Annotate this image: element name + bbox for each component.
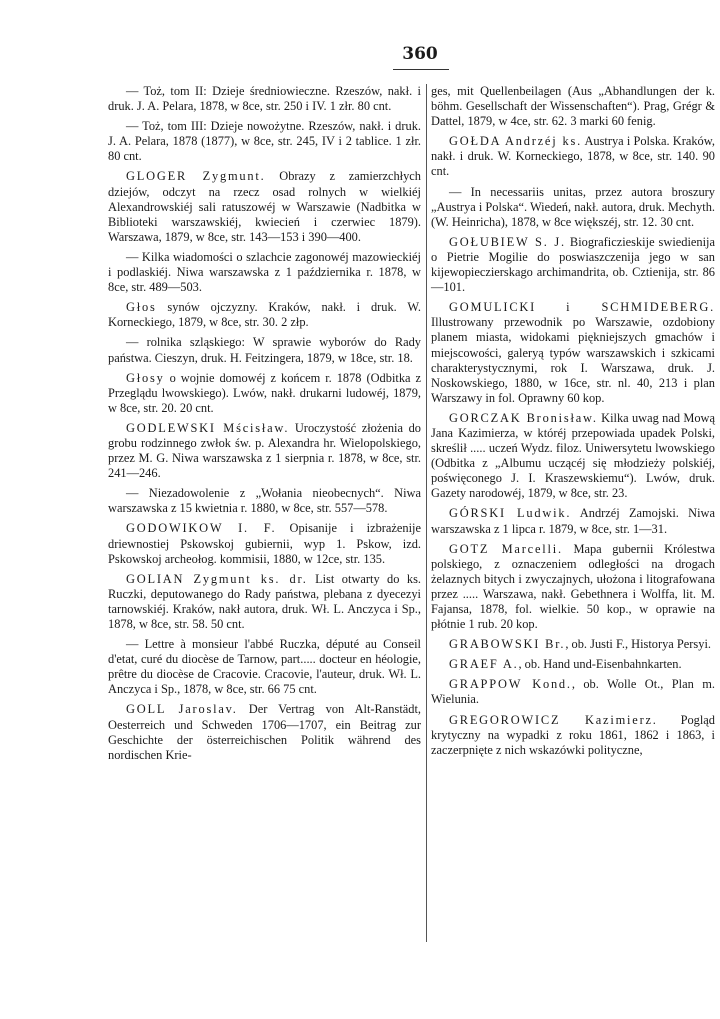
bibliography-entry: GORCZAK Bronisław. Kilka uwag nad Mową J…: [431, 411, 715, 502]
entry-author: GOMULICKI i SCHMIDEBERG.: [449, 300, 715, 314]
entry-author: Głos: [126, 300, 157, 314]
column-divider: [426, 84, 427, 942]
entry-text: — In necessariis unitas, przez autora br…: [431, 185, 715, 229]
bibliography-entry: GOTZ Marcelli. Mapa gubernii Królestwa p…: [431, 542, 715, 633]
entry-text: — rolnika szląskiego: W sprawie wyborów …: [108, 335, 421, 364]
bibliography-entry: GODOWIKOW I. F. Opisanije i izbrażenije …: [108, 521, 421, 566]
entry-text: — Toż, tom II: Dzieje średniowieczne. Rz…: [108, 84, 421, 113]
entry-text: , ob. Hand und-Eisenbahnkarten.: [518, 657, 681, 671]
entry-author: GOŁUBIEW S. J.: [449, 235, 566, 249]
bibliography-entry: GREGOROWICZ Kazimierz. Pogląd krytyczny …: [431, 713, 715, 758]
entry-author: Głosy: [126, 371, 165, 385]
bibliography-entry: Głosy o wojnie domowéj z końcem r. 1878 …: [108, 371, 421, 416]
bibliography-entry: — Kilka wiadomości o szlachcie zagonowéj…: [108, 250, 421, 295]
entry-text: Illustrowany przewodnik po Warszawie, oz…: [431, 315, 715, 404]
bibliography-entry: — Niezadowolenie z „Wołania nieobecnych“…: [108, 486, 421, 516]
bibliography-entry: GOLIAN Zygmunt ks. dr. List otwarty do k…: [108, 572, 421, 632]
entry-author: GOŁDA Andrzéj ks.: [449, 134, 582, 148]
entry-author: GODLEWSKI Mścisław.: [126, 421, 289, 435]
bibliography-entry: GODLEWSKI Mścisław. Uroczystość złożenia…: [108, 421, 421, 481]
entry-author: GRABOWSKI Br.: [449, 637, 565, 651]
bibliography-entry: GRABOWSKI Br., ob. Justi F., Historya Pe…: [431, 637, 715, 652]
entry-author: GREGOROWICZ Kazimierz.: [449, 713, 658, 727]
entry-author: GORCZAK Bronisław.: [449, 411, 598, 425]
bibliography-entry: GRAEF A., ob. Hand und-Eisenbahnkarten.: [431, 657, 715, 672]
entry-text: — Toż, tom III: Dzieje nowożytne. Rzeszó…: [108, 119, 421, 163]
entry-author: GOLL Jaroslav.: [126, 702, 238, 716]
entry-author: GÓRSKI Ludwik.: [449, 506, 571, 520]
entry-text: ges, mit Quellenbeilagen (Aus „Abhandlun…: [431, 84, 715, 128]
bibliography-entry: Głos synów ojczyzny. Kraków, nakł. i dru…: [108, 300, 421, 330]
entry-author: GRAEF A.: [449, 657, 518, 671]
page-number: 360: [380, 44, 460, 64]
bibliography-entry: GRAPPOW Kond., ob. Wolle Ot., Plan m. Wi…: [431, 677, 715, 707]
entry-author: GRAPPOW Kond.: [449, 677, 572, 691]
entry-text: — Kilka wiadomości o szlachcie zagonowéj…: [108, 250, 421, 294]
right-column: ges, mit Quellenbeilagen (Aus „Abhandlun…: [431, 84, 715, 763]
bibliography-entry: GOMULICKI i SCHMIDEBERG. Illustrowany pr…: [431, 300, 715, 406]
bibliography-entry: — rolnika szląskiego: W sprawie wyborów …: [108, 335, 421, 365]
entry-author: GOTZ Marcelli.: [449, 542, 563, 556]
bibliography-entry: GÓRSKI Ludwik. Andrzéj Zamojski. Niwa wa…: [431, 506, 715, 536]
bibliography-entry: — Toż, tom II: Dzieje średniowieczne. Rz…: [108, 84, 421, 114]
bibliography-entry: GLOGER Zygmunt. Obrazy z zamierzchłych d…: [108, 169, 421, 244]
bibliography-entry: — In necessariis unitas, przez autora br…: [431, 185, 715, 230]
entry-author: GODOWIKOW I. F.: [126, 521, 276, 535]
bibliography-entry: GOLL Jaroslav. Der Vertrag von Alt-Ranst…: [108, 702, 421, 762]
entry-text: , ob. Justi F., Historya Persyi.: [565, 637, 711, 651]
bibliography-entry: ges, mit Quellenbeilagen (Aus „Abhandlun…: [431, 84, 715, 129]
entry-text: — Lettre à monsieur l'abbé Ruczka, déput…: [108, 637, 421, 696]
page-number-rule: [393, 69, 449, 70]
bibliography-entry: — Lettre à monsieur l'abbé Ruczka, déput…: [108, 637, 421, 697]
entry-author: GOLIAN Zygmunt ks. dr.: [126, 572, 308, 586]
bibliography-entry: GOŁUBIEW S. J. Biograficzieskije swiedie…: [431, 235, 715, 295]
bibliography-entry: — Toż, tom III: Dzieje nowożytne. Rzeszó…: [108, 119, 421, 164]
left-column: — Toż, tom II: Dzieje średniowieczne. Rz…: [108, 84, 421, 768]
entry-text: — Niezadowolenie z „Wołania nieobecnych“…: [108, 486, 421, 515]
entry-author: GLOGER Zygmunt.: [126, 169, 266, 183]
bibliography-entry: GOŁDA Andrzéj ks. Austrya i Polska. Krak…: [431, 134, 715, 179]
